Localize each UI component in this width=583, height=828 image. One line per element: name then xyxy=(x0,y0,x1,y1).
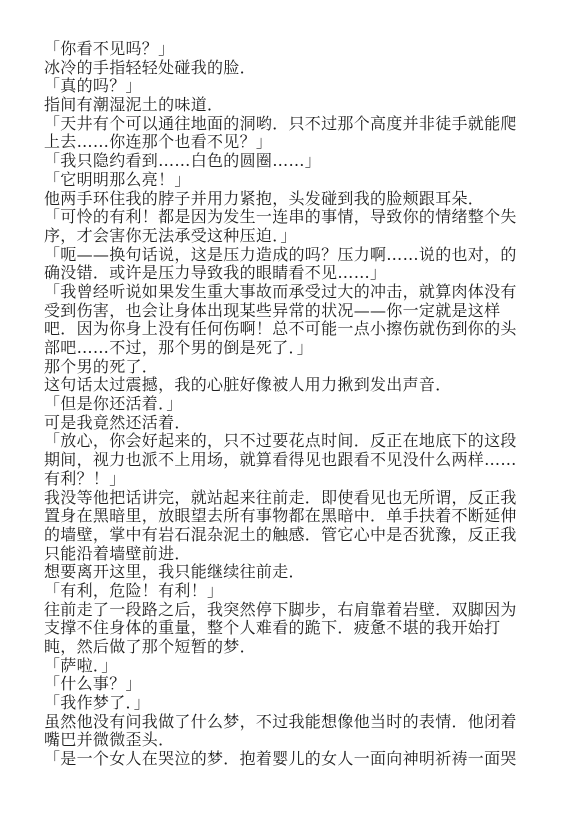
text-line: 「你看不见吗？」 xyxy=(44,40,534,59)
text-line: 「但是你还活着．」 xyxy=(44,395,534,414)
text-line: 「天井有个可以通往地面的洞哟．只不过那个高度并非徒手就能爬 xyxy=(44,115,534,134)
text-line: 往前走了一段路之后，我突然停下脚步，右肩靠着岩壁．双脚因为 xyxy=(44,601,534,620)
text-line: 置身在黑暗里，放眼望去所有事物都在黑暗中．单手扶着不断延伸 xyxy=(44,507,534,526)
text-line: 「什么事？」 xyxy=(44,675,534,694)
text-line: 「我只隐约看到……白色的圆圈……」 xyxy=(44,152,534,171)
text-line: 有利？！」 xyxy=(44,470,534,489)
text-line: 指间有潮湿泥土的味道． xyxy=(44,96,534,115)
text-line: 「呃——换句话说，这是压力造成的吗？压力啊……说的也对，的 xyxy=(44,246,534,265)
text-line: 上去……你连那个也看不见？」 xyxy=(44,133,534,152)
text-line: 「萨啦．」 xyxy=(44,657,534,676)
text-line: 「它明明那么亮！」 xyxy=(44,171,534,190)
text-line: 「真的吗？」 xyxy=(44,77,534,96)
text-line: 虽然他没有问我做了什么梦，不过我能想像他当时的表情．他闭着 xyxy=(44,713,534,732)
text-line: 那个男的死了． xyxy=(44,358,534,377)
text-line: 支撑不住身体的重量，整个人难看的跪下．疲惫不堪的我开始打 xyxy=(44,619,534,638)
text-line: 序，才会害你无法承受这种压迫．」 xyxy=(44,227,534,246)
document-page: 「你看不见吗？」 冰冷的手指轻轻处碰我的脸． 「真的吗？」 指间有潮湿泥土的味道… xyxy=(44,40,534,769)
text-line: 「我作梦了．」 xyxy=(44,694,534,713)
text-line: 我没等他把话讲完，就站起来往前走．即使看见也无所谓，反正我 xyxy=(44,489,534,508)
text-line: 只能沿着墙壁前进． xyxy=(44,545,534,564)
text-line: 部吧……不过，那个男的倒是死了．」 xyxy=(44,339,534,358)
text-line: 冰冷的手指轻轻处碰我的脸． xyxy=(44,59,534,78)
text-line: 想要离开这里，我只能继续往前走． xyxy=(44,563,534,582)
text-line: 嘴巴并微微歪头． xyxy=(44,731,534,750)
text-line: 吧．因为你身上没有任何伤啊！总不可能一点小擦伤就伤到你的头 xyxy=(44,320,534,339)
text-line: 他两手环住我的脖子并用力紧抱，头发碰到我的脸颊跟耳朵． xyxy=(44,190,534,209)
text-line: 「我曾经听说如果发生重大事故而承受过大的冲击，就算肉体没有 xyxy=(44,283,534,302)
text-line: 期间，视力也派不上用场，就算看得见也跟看不见没什么两样…… xyxy=(44,451,534,470)
text-line: 「是一个女人在哭泣的梦．抱着婴儿的女人一面向神明祈祷一面哭 xyxy=(44,750,534,769)
text-line: 「有利，危险！有利！」 xyxy=(44,582,534,601)
text-line: 盹，然后做了那个短暂的梦． xyxy=(44,638,534,657)
text-line: 「放心，你会好起来的，只不过要花点时间．反正在地底下的这段 xyxy=(44,432,534,451)
text-line: 可是我竟然还活着． xyxy=(44,414,534,433)
text-line: 确没错．或许是压力导致我的眼睛看不见……」 xyxy=(44,264,534,283)
text-line: 的墙壁，掌中有岩石混杂泥土的触感．管它心中是否犹豫，反正我 xyxy=(44,526,534,545)
text-line: 受到伤害，也会让身体出现某些异常的状况——你一定就是这样 xyxy=(44,302,534,321)
text-line: 「可怜的有利！都是因为发生一连串的事情，导致你的情绪整个失 xyxy=(44,208,534,227)
text-line: 这句话太过震撼，我的心脏好像被人用力揪到发出声音． xyxy=(44,376,534,395)
